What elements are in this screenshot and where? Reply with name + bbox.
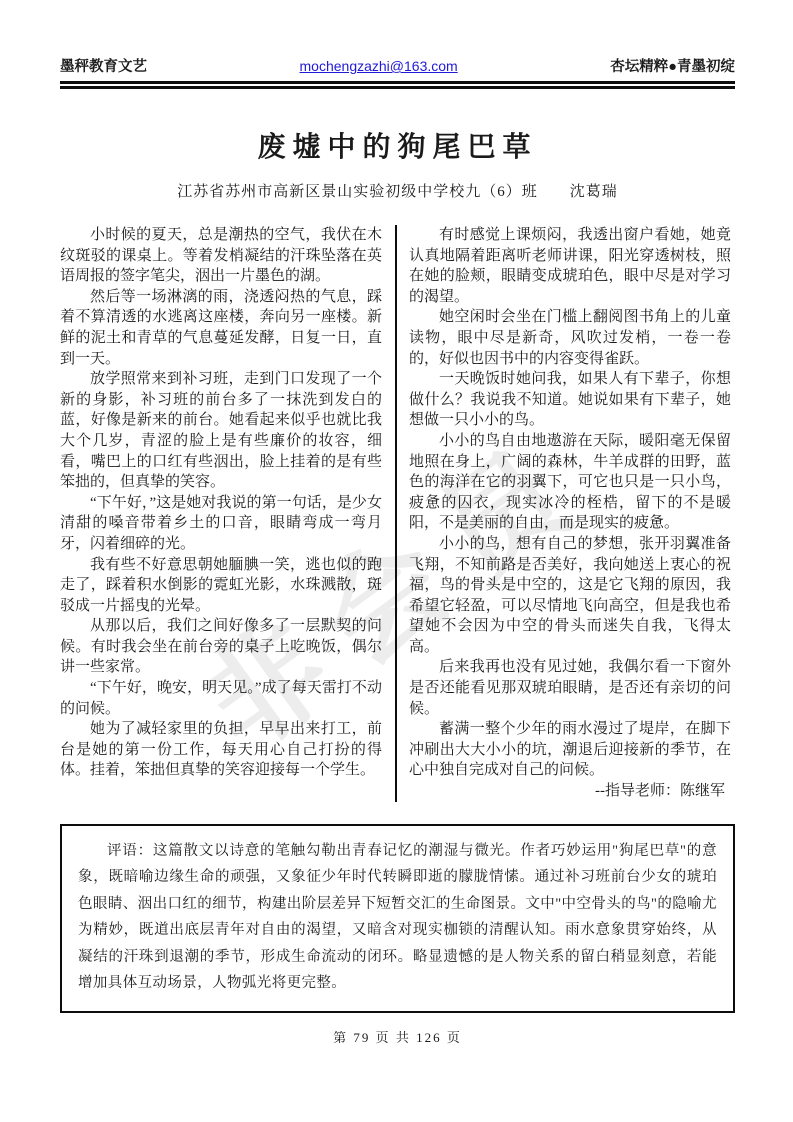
paragraph: 然后等一场淋漓的雨，浇透闷热的气息，踩着不算清透的水逃离这座楼，奔向另一座楼。新… <box>60 287 382 369</box>
comment-box: 评语：这篇散文以诗意的笔触勾勒出青春记忆的潮湿与微光。作者巧妙运用"狗尾巴草"的… <box>60 824 735 1013</box>
article-body: 小时候的夏天，总是潮热的空气，我伏在木纹斑驳的课桌上。等着发梢凝结的汗珠坠落在英… <box>60 225 735 802</box>
page-content: 墨秤教育文艺 mochengzazhi@163.com 杏坛精粹●青墨初绽 废墟… <box>60 55 735 1046</box>
issue-label: 杏坛精粹●青墨初绽 <box>610 55 735 76</box>
paragraph: 她为了减轻家里的负担，早早出来打工，前台是她的第一份工作，每天用心自己打扮的得体… <box>60 719 382 781</box>
paragraph: 放学照常来到补习班，走到门口发现了一个新的身影，补习班的前台多了一抹洗到发白的蓝… <box>60 369 382 493</box>
article-byline: 江苏省苏州市高新区景山实验初级中学校九（6）班 沈葛瑞 <box>60 180 735 201</box>
header-divider-rule <box>60 81 735 89</box>
email-link[interactable]: mochengzazhi@163.com <box>300 58 458 74</box>
magazine-page: 非会员 墨秤教育文艺 mochengzazhi@163.com 杏坛精粹●青墨初… <box>0 0 793 1122</box>
paragraph: 小小的鸟，想有自己的梦想，张开羽翼准备飞翔，不知前路是否美好，我向她送上衷心的祝… <box>409 534 731 658</box>
instructor-signoff: --指导老师：陈继军 <box>409 781 731 802</box>
right-column: 有时感觉上课烦闷，我透出窗户看她，她竟认真地隔着距离听老师讲课，阳光穿透树枝，照… <box>409 225 731 802</box>
column-divider <box>395 225 397 802</box>
paragraph: 我有些不好意思朝她腼腆一笑，逃也似的跑走了，踩着积水倒影的霓虹光影，水珠溅散，斑… <box>60 555 382 617</box>
page-footer: 第 79 页 共 126 页 <box>60 1027 735 1046</box>
paragraph: “下午好，”这是她对我说的第一句话，是少女清甜的嗓音带着乡土的口音，眼睛弯成一弯… <box>60 493 382 555</box>
paragraph: 一天晚饭时她问我，如果人有下辈子，你想做什么？我说我不知道。她说如果有下辈子，她… <box>409 369 731 431</box>
comment-label: 评语： <box>107 843 153 859</box>
paragraph: 有时感觉上课烦闷，我透出窗户看她，她竟认真地隔着距离听老师讲课，阳光穿透树枝，照… <box>409 225 731 307</box>
comment-text: 评语：这篇散文以诗意的笔触勾勒出青春记忆的潮湿与微光。作者巧妙运用"狗尾巴草"的… <box>78 838 717 997</box>
journal-name: 墨秤教育文艺 <box>60 55 147 76</box>
paragraph: “下午好，晚安，明天见。”成了每天雷打不动的问候。 <box>60 678 382 719</box>
article-title: 废墟中的狗尾巴草 <box>60 125 735 165</box>
comment-body: 这篇散文以诗意的笔触勾勒出青春记忆的潮湿与微光。作者巧妙运用"狗尾巴草"的意象，… <box>78 843 717 992</box>
paragraph: 从那以后，我们之间好像多了一层默契的问候。有时我会坐在前台旁的桌子上吃晚饭，偶尔… <box>60 616 382 678</box>
paragraph: 小小的鸟自由地遨游在天际，暖阳毫无保留地照在身上，广阔的森林，牛羊成群的田野，蓝… <box>409 431 731 534</box>
paragraph: 小时候的夏天，总是潮热的空气，我伏在木纹斑驳的课桌上。等着发梢凝结的汗珠坠落在英… <box>60 225 382 287</box>
paragraph: 后来我再也没有见过她，我偶尔看一下窗外是否还能看见那双琥珀眼睛，是否还有亲切的问… <box>409 657 731 719</box>
paragraph: 她空闲时会坐在门槛上翻阅图书角上的儿童读物，眼中尽是新奇，风吹过发梢，一卷一卷的… <box>409 307 731 369</box>
paragraph: 蓄满一整个少年的雨水漫过了堤岸，在脚下冲刷出大大小小的坑，潮退后迎接新的季节，在… <box>409 719 731 781</box>
left-column: 小时候的夏天，总是潮热的空气，我伏在木纹斑驳的课桌上。等着发梢凝结的汗珠坠落在英… <box>60 225 382 802</box>
page-header: 墨秤教育文艺 mochengzazhi@163.com 杏坛精粹●青墨初绽 <box>60 55 735 76</box>
